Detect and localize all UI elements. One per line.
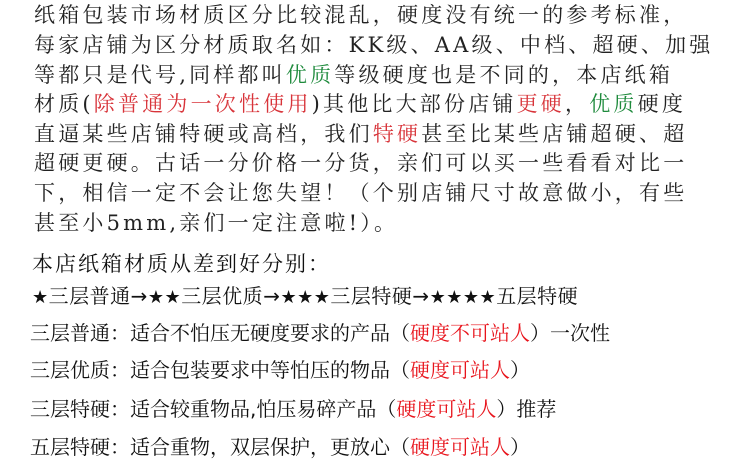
text-segment: ， [565,92,589,116]
intro-line-5: 直逼某些店铺特硬或高档，我们特硬甚至比某些店铺超硬、超 [34,119,687,149]
grade-name: 三层特硬： [30,397,130,421]
text-segment: 甚至比某些店铺超硬、超 [421,122,687,146]
grade-detail-row: 三层优质：适合包装要求中等怕压的物品（硬度可站人） [30,354,530,383]
grades-heading: 本店纸箱材质从差到好分别： [32,248,331,278]
grade-name: 三层优质 [181,284,263,308]
hardness-label: 硬度不可站人 [410,321,530,345]
grade-ladder: ★三层普通→★★三层优质→★★★三层特硬→★★★★五层特硬 [32,280,578,309]
grade-suffix: ）推荐 [496,397,556,421]
grade-name: 三层普通 [49,284,131,308]
arrow-icon: → [131,284,148,308]
intro-line-1: 纸箱包装市场材质区分比较混乱，硬度没有统一的参考标准， [34,0,687,30]
grade-desc: 适合不怕压无硬度要求的产品（ [130,321,410,345]
text-segment: 等级硬度也是不同的，本店纸箱 [334,63,673,87]
text-segment: 等都只是代号,同样都叫 [34,63,286,87]
green-highlight: 优质 [589,92,637,116]
intro-line-6: 超硬更硬。古话一分价格一分货，亲们可以买一些看看对比一 [34,148,687,178]
star-icon: ★ [32,287,49,308]
intro-line-3: 等都只是代号,同样都叫优质等级硬度也是不同的，本店纸箱 [34,60,673,90]
arrow-icon: → [263,284,280,308]
red-highlight: 更硬 [517,92,565,116]
star-icon: ★★★★ [430,287,497,308]
grade-suffix: ） [510,358,530,382]
grade-name: 三层普通： [30,321,130,345]
star-icon: ★★ [148,287,181,308]
arrow-icon: → [412,284,429,308]
grade-desc: 适合较重物品,怕压易碎产品（ [130,397,396,421]
intro-line-7: 下，相信一定不会让您失望！（个别店铺尺寸故意做小，有些 [34,178,687,208]
hardness-label: 硬度可站人 [410,358,510,382]
grade-name: 五层特硬： [30,435,130,459]
intro-line-8: 甚至小5mm,亲们一定注意啦!）。 [34,208,398,238]
grade-name: 三层优质： [30,358,130,382]
text-segment: 直逼某些店铺特硬或高档，我们 [34,122,373,146]
grade-suffix: ） [510,435,530,459]
grade-detail-row: 五层特硬：适合重物，双层保护，更放心（硬度可站人） [30,431,530,460]
red-highlight: 特硬 [373,122,421,146]
grade-desc: 适合包装要求中等怕压的物品（ [130,358,410,382]
red-highlight: 除普通为一次性使用 [94,92,312,116]
intro-line-2: 每家店铺为区分材质取名如：KK级、AA级、中档、超硬、加强 [34,30,714,60]
text-segment: 硬度 [638,92,686,116]
grade-suffix: ）一次性 [530,321,610,345]
hardness-label: 硬度可站人 [396,397,496,421]
grade-name: 五层特硬 [496,284,578,308]
grade-detail-row: 三层普通：适合不怕压无硬度要求的产品（硬度不可站人）一次性 [30,317,610,346]
text-segment: 材质( [34,92,94,116]
intro-line-4: 材质(除普通为一次性使用)其他比大部份店铺更硬，优质硬度 [34,89,686,119]
grade-desc: 适合重物，双层保护，更放心（ [130,435,410,459]
green-highlight: 优质 [286,63,334,87]
grade-name: 三层特硬 [330,284,412,308]
text-segment: )其他比大部份店铺 [312,92,517,116]
grade-detail-row: 三层特硬：适合较重物品,怕压易碎产品（硬度可站人）推荐 [30,393,556,422]
hardness-label: 硬度可站人 [410,435,510,459]
star-icon: ★★★ [280,287,330,308]
